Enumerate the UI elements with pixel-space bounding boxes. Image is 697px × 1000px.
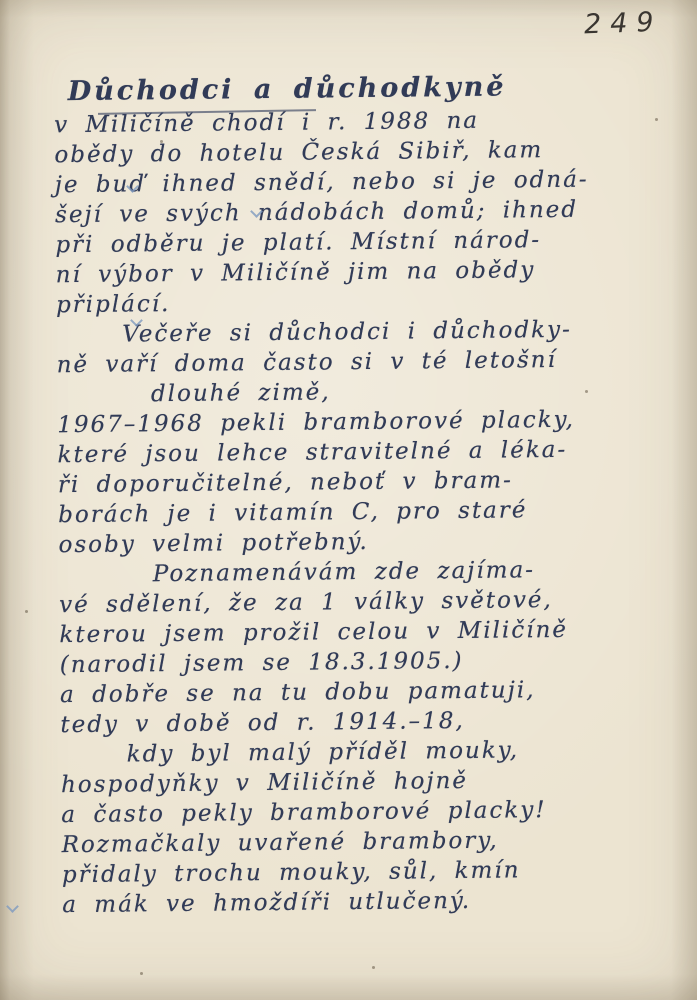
manuscript-line: šejí ve svých nádobách domů; ihned	[55, 194, 664, 230]
manuscript-text-block: Důchodci a důchodkyně v Miličíně chodí i…	[54, 67, 672, 920]
paper-speck	[585, 390, 588, 393]
paper-speck	[372, 966, 375, 969]
manuscript-line: 1967–1968 pekli bramborové placky,	[57, 404, 666, 440]
paper-speck	[25, 610, 28, 613]
manuscript-line: a mák ve hmoždíři utlučený.	[62, 884, 671, 920]
page-number: 249	[584, 7, 664, 41]
manuscript-heading: Důchodci a důchodkyně	[54, 67, 663, 110]
paper-speck	[655, 118, 658, 121]
paper-speck	[140, 972, 143, 975]
manuscript-page-photo: { "page": { "number": "249", "paper_colo…	[0, 0, 697, 1000]
paper-speck	[160, 140, 163, 143]
